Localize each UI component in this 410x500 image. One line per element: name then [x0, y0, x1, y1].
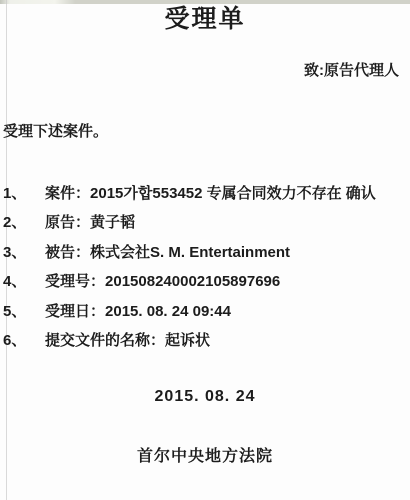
- item-value: 株式会社S. M. Entertainment: [90, 244, 290, 261]
- item-text: 被告：株式会社S. M. Entertainment: [45, 243, 290, 263]
- list-item-case: 1、 案件：2015가합553452 专属合同效力不存在 确认: [3, 184, 408, 213]
- item-label: 原告: [45, 214, 75, 231]
- colon: ：: [75, 185, 90, 202]
- item-number: 2、: [3, 213, 45, 233]
- item-label: 受理号: [45, 273, 90, 290]
- item-value: 起诉状: [165, 332, 210, 349]
- list-item-defendant: 3、 被告：株式会社S. M. Entertainment: [3, 243, 408, 272]
- colon: ：: [90, 273, 105, 290]
- item-number: 1、: [3, 184, 45, 204]
- item-number: 4、: [3, 272, 45, 292]
- list-item-plaintiff: 2、 原告：黄子韬: [3, 213, 408, 242]
- list-item-submitted-document: 6、 提交文件的名称：起诉状: [3, 331, 408, 360]
- item-number: 6、: [3, 331, 45, 351]
- item-label: 案件: [45, 185, 75, 202]
- colon: ：: [75, 214, 90, 231]
- item-label: 被告: [45, 244, 75, 261]
- colon: ：: [150, 332, 165, 349]
- item-value: 2015가합553452 专属合同效力不存在 确认: [90, 185, 376, 202]
- item-text: 受理日：2015. 08. 24 09:44: [45, 302, 231, 322]
- intro-line: 受理下述案件。: [3, 121, 108, 143]
- list-item-acceptance-number: 4、 受理号：201508240002105897696: [3, 272, 408, 301]
- case-detail-list: 1、 案件：2015가합553452 专属合同效力不存在 确认 2、 原告：黄子…: [3, 184, 408, 360]
- item-value: 2015. 08. 24 09:44: [105, 303, 231, 320]
- list-item-acceptance-date: 5、 受理日：2015. 08. 24 09:44: [3, 302, 408, 331]
- item-label: 受理日: [45, 303, 90, 320]
- item-text: 受理号：201508240002105897696: [45, 272, 280, 292]
- item-text: 案件：2015가합553452 专属合同效力不存在 确认: [45, 184, 376, 204]
- recipient-line: 致:原告代理人: [304, 60, 399, 82]
- colon: ：: [90, 303, 105, 320]
- item-value: 201508240002105897696: [105, 273, 280, 290]
- acceptance-form-document: 受理单 致:原告代理人 受理下述案件。 1、 案件：2015가합553452 专…: [0, 0, 410, 500]
- item-number: 3、: [3, 243, 45, 263]
- item-label: 提交文件的名称: [45, 332, 150, 349]
- item-number: 5、: [3, 302, 45, 322]
- colon: ：: [75, 244, 90, 261]
- item-text: 原告：黄子韬: [45, 213, 135, 233]
- issue-date: 2015. 08. 24: [0, 388, 410, 406]
- item-text: 提交文件的名称：起诉状: [45, 331, 210, 351]
- item-value: 黄子韬: [90, 214, 135, 231]
- document-title: 受理单: [0, 2, 410, 36]
- court-name: 首尔中央地方法院: [0, 443, 410, 466]
